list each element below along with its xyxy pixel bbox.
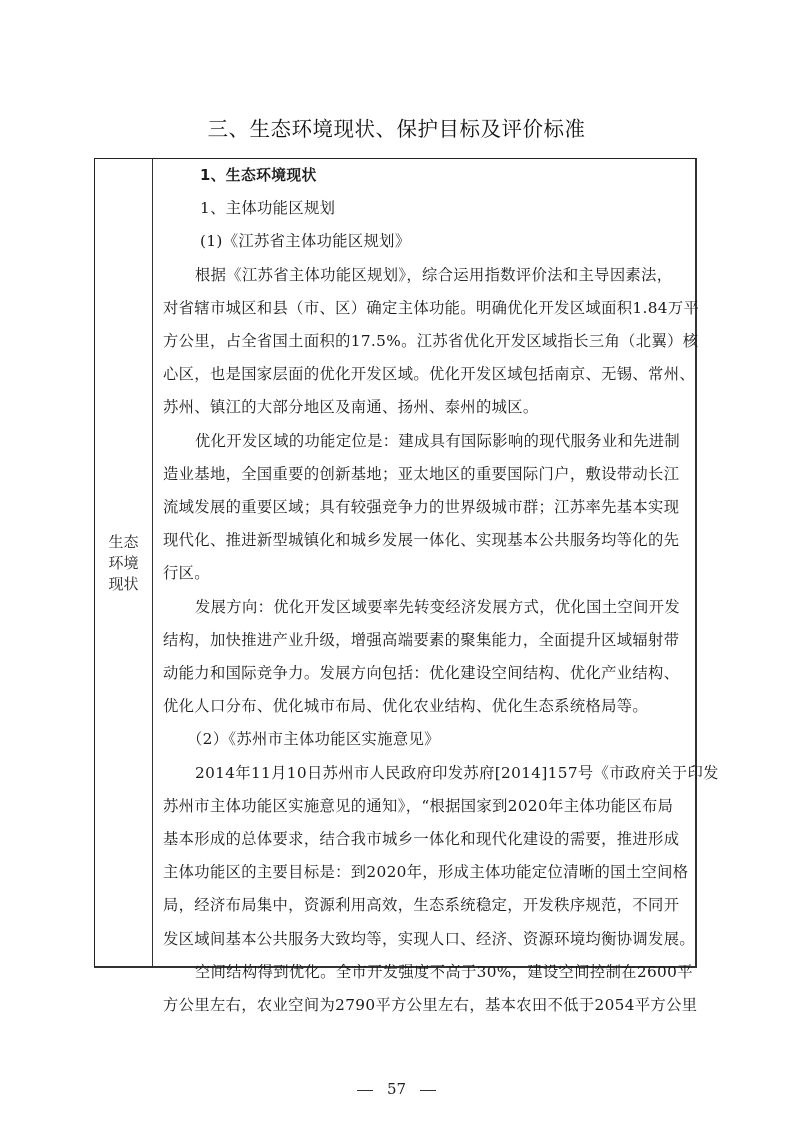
paragraph-line: 苏州、镇江的大部分地区及南通、扬州、泰州的城区。 [163, 391, 687, 424]
paragraph-line: 主体功能区的主要目标是：到2020年，形成主体功能定位清晰的国土空间格 [163, 856, 687, 889]
paragraph-line: 发展方向：优化开发区域要率先转变经济发展方式，优化国土空间开发 [163, 591, 687, 624]
paragraph-line: 基本形成的总体要求，结合我市城乡一体化和现代化建设的需要，推进形成 [163, 823, 687, 856]
paragraph-line: 心区，也是国家层面的优化开发区域。优化开发区域包括南京、无锡、常州、 [163, 358, 687, 391]
row-label: 生态 环境 现状 [95, 532, 152, 595]
paragraph-line: 2014年11月10日苏州市人民政府印发苏府[2014]157号《市政府关于印发 [163, 757, 687, 790]
paragraph-line: 发区域间基本公共服务大致均等，实现人口、经济、资源环境均衡协调发展。 [163, 923, 687, 956]
paragraph-line: 苏州市主体功能区实施意见的通知》，“根据国家到2020年主体功能区布局 [163, 790, 687, 823]
page-title: 三、生态环境现状、保护目标及评价标准 [0, 112, 793, 142]
content-cell: 1、生态环境现状 1、主体功能区规划 (1)《江苏省主体功能区规划》 根据《江苏… [153, 159, 695, 1022]
item-title: （2）《苏州市主体功能区实施意见》 [163, 723, 687, 756]
paragraph-line: 行区。 [163, 557, 687, 590]
paragraph-line: 优化人口分布、优化城市布局、优化农业结构、优化生态系统格局等。 [163, 690, 687, 723]
content-table: 生态 环境 现状 1、生态环境现状 1、主体功能区规划 (1)《江苏省主体功能区… [94, 158, 697, 968]
paragraph-line: 方公里左右，农业空间为2790平方公里左右，基本农田不低于2054平方公里 [163, 989, 687, 1022]
paragraph-line: 优化开发区域的功能定位是：建成具有国际影响的现代服务业和先进制 [163, 425, 687, 458]
page-number: 57 [387, 1080, 406, 1098]
paragraph-line: 动能力和国际竞争力。发展方向包括：优化建设空间结构、优化产业结构、 [163, 657, 687, 690]
paragraph-line: 结构，加快推进产业升级，增强高端要素的聚集能力，全面提升区域辐射带 [163, 624, 687, 657]
row-label-line: 生态 [95, 532, 152, 553]
paragraph-line: 现代化、推进新型城镇化和城乡发展一体化、实现基本公共服务均等化的先 [163, 524, 687, 557]
page-footer: 57 [0, 1080, 793, 1098]
section-heading: 1、生态环境现状 [163, 159, 687, 192]
item-title: (1)《江苏省主体功能区规划》 [163, 225, 687, 258]
dash-decoration [357, 1090, 373, 1091]
row-label-column: 生态 环境 现状 [95, 159, 153, 966]
dash-decoration [420, 1090, 436, 1091]
paragraph-line: 根据《江苏省主体功能区规划》，综合运用指数评价法和主导因素法， [163, 259, 687, 292]
paragraph-line: 对省辖市城区和县（市、区）确定主体功能。明确优化开发区域面积1.84万平 [163, 292, 687, 325]
paragraph-line: 造业基地，全国重要的创新基地；亚太地区的重要国际门户，敷设带动长江 [163, 458, 687, 491]
row-label-line: 现状 [95, 574, 152, 595]
paragraph-line: 局，经济布局集中，资源利用高效，生态系统稳定，开发秩序规范，不同开 [163, 889, 687, 922]
paragraph-line: 流域发展的重要区域；具有较强竞争力的世界级城市群；江苏率先基本实现 [163, 491, 687, 524]
paragraph-line: 空间结构得到优化。全市开发强度不高于30%，建设空间控制在2600平 [163, 956, 687, 989]
row-label-line: 环境 [95, 553, 152, 574]
subheading: 1、主体功能区规划 [163, 192, 687, 225]
paragraph-line: 方公里，占全省国土面积的17.5%。江苏省优化开发区域指长三角（北翼）核 [163, 325, 687, 358]
